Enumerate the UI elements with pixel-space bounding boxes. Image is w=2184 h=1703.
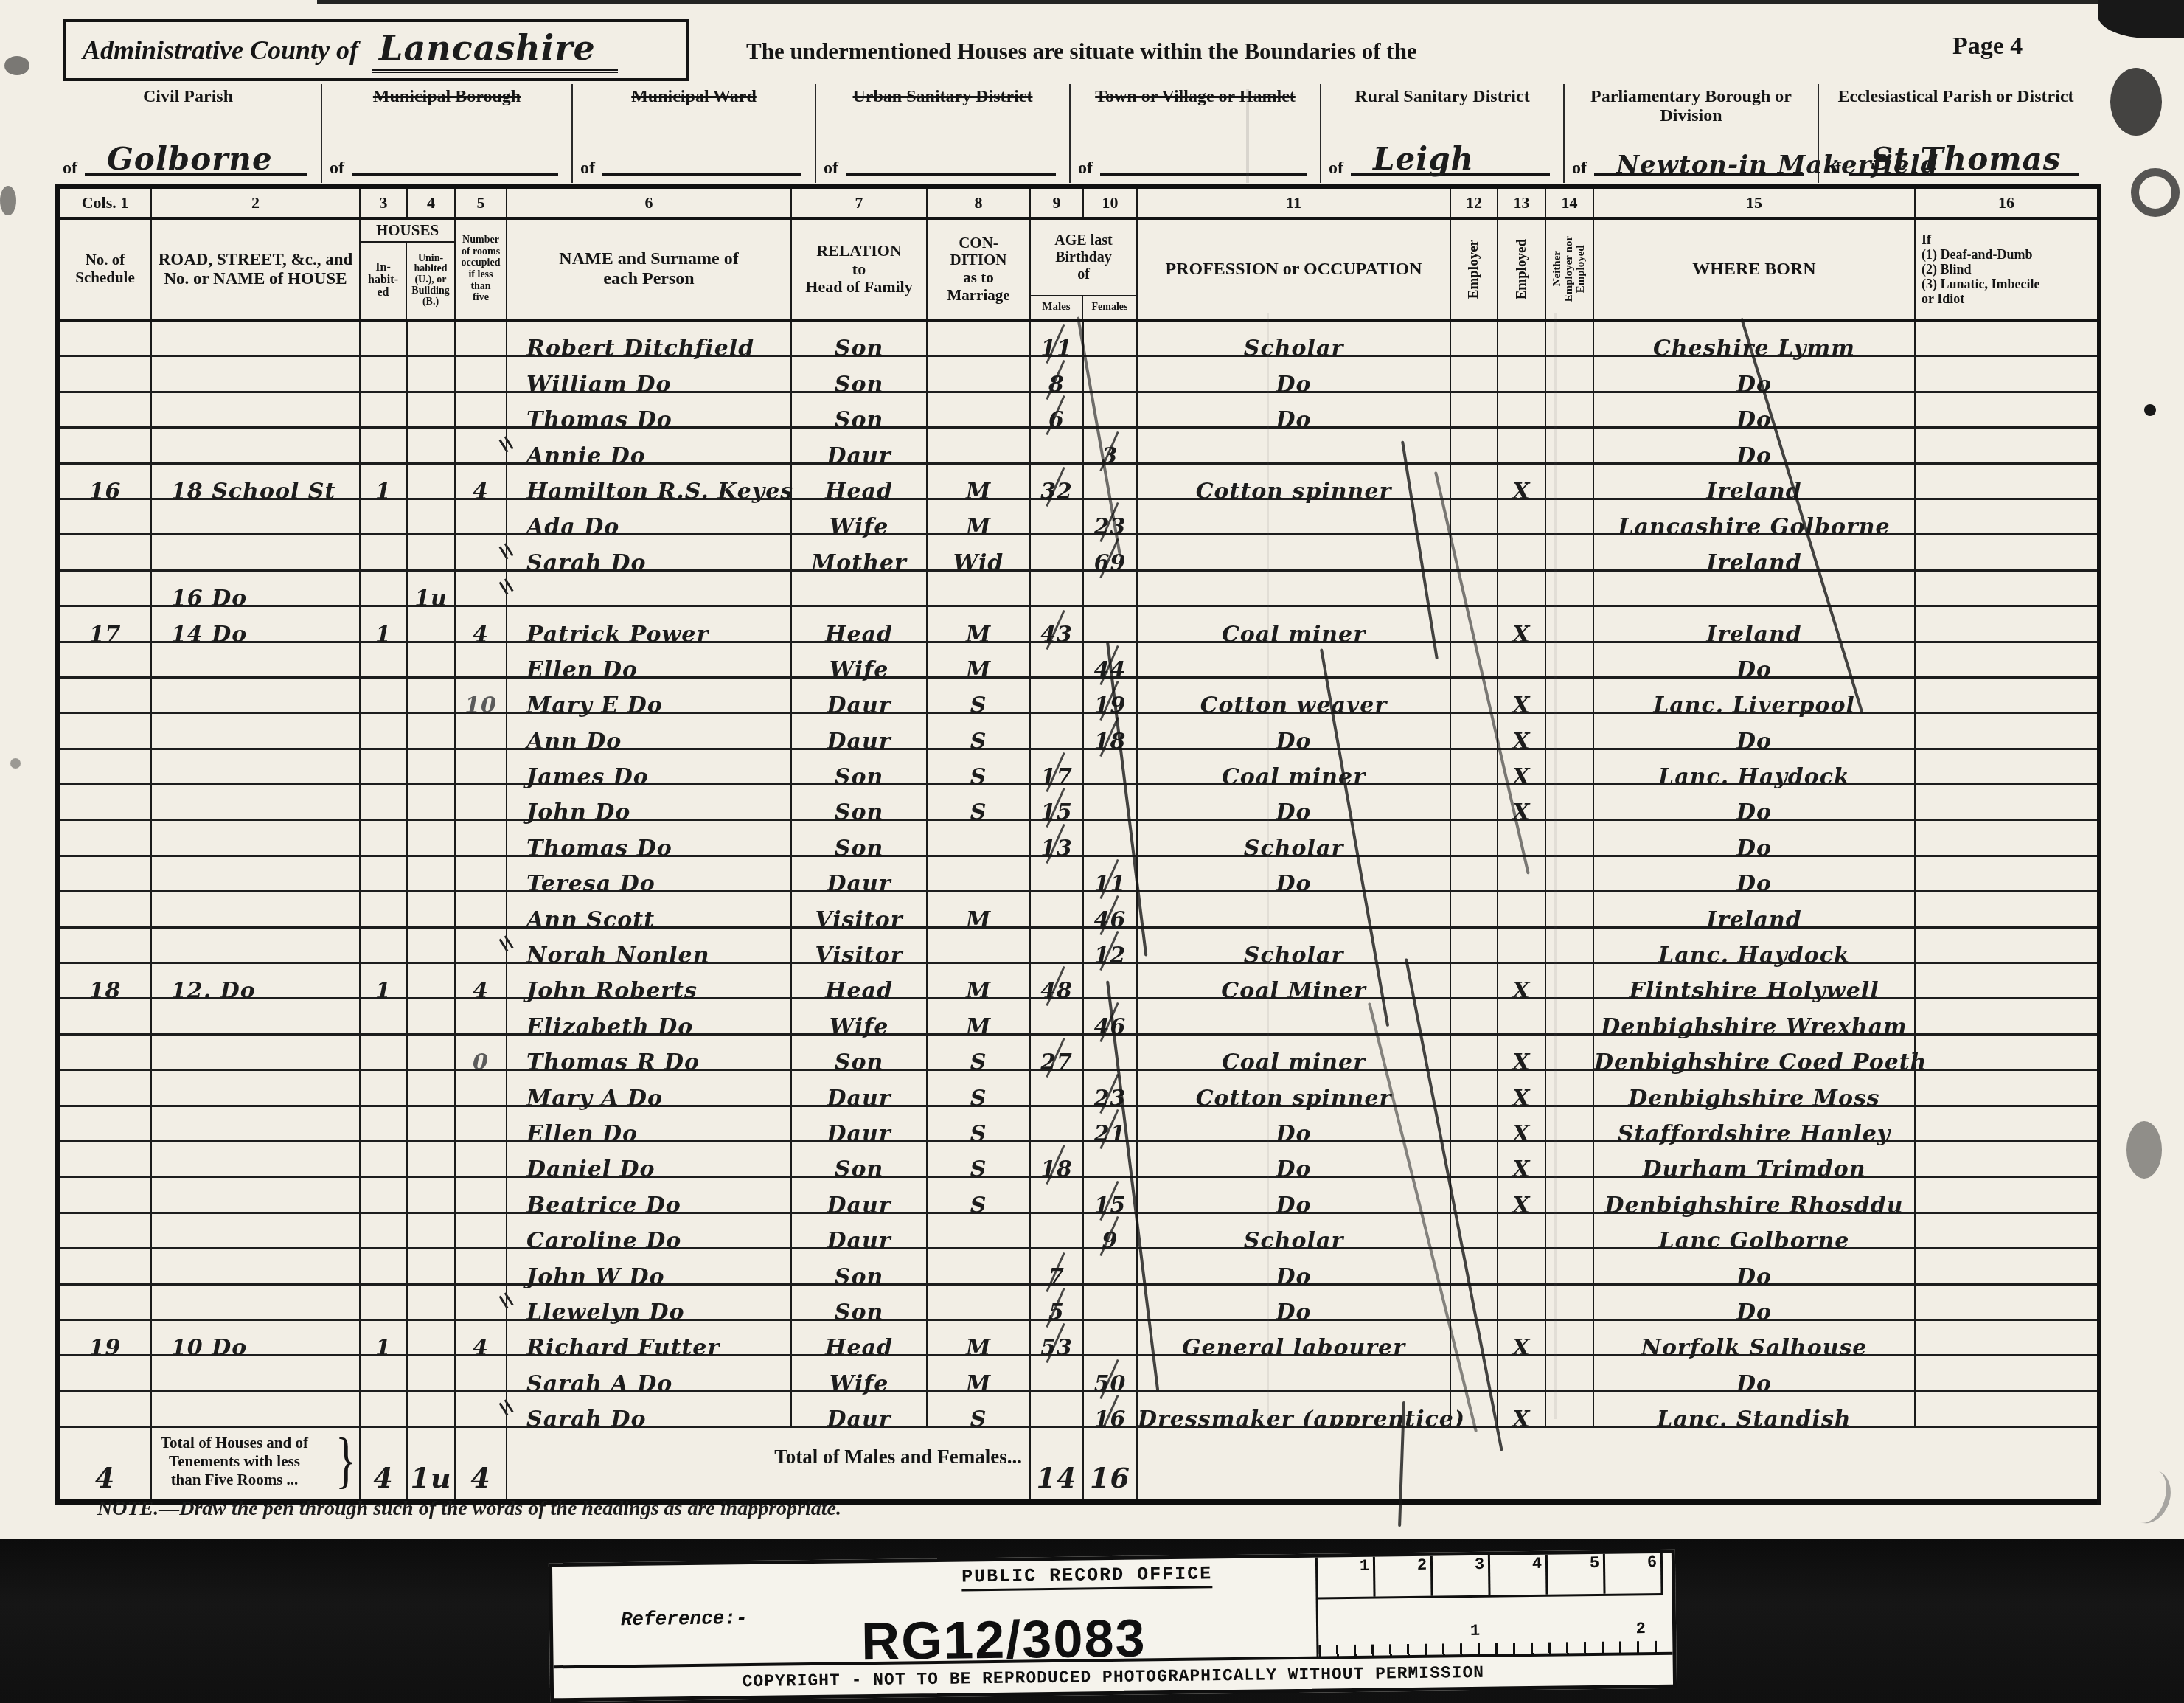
cell-x: X [1498, 1071, 1546, 1104]
cell-un [408, 322, 456, 355]
cell-inh [361, 1071, 408, 1104]
cell-rm [456, 322, 507, 355]
cell-c16 [1916, 1178, 2097, 1211]
cell-occ [1138, 535, 1451, 569]
cell-inh [361, 929, 408, 962]
cell-road [152, 1214, 361, 1247]
cell-occ [1138, 1356, 1451, 1390]
header-occupation: PROFESSION or OCCUPATION [1138, 220, 1451, 319]
cell-m [1031, 429, 1084, 462]
hw-rel: Daur [792, 1407, 926, 1428]
cell-m [1031, 857, 1084, 890]
cell-inh: 1 [361, 964, 408, 997]
header-infirmities: If (1) Deaf-and-Dumb (2) Blind (3) Lunat… [1916, 220, 2097, 319]
cell-c16 [1916, 357, 2097, 390]
cell-un [408, 643, 456, 676]
district-cell-ecclesiastical: Ecclesiastical Parish or District of St … [1819, 84, 2093, 183]
district-cell-civil-parish: Civil Parish of Golborne [55, 84, 322, 183]
cell-sched [60, 1178, 152, 1211]
cell-c16 [1916, 1214, 2097, 1247]
of-prefix: of [1572, 159, 1587, 178]
cell-born: Denbighshire Coed Poeth [1594, 1036, 1916, 1069]
cell-f [1084, 1249, 1138, 1283]
cell-rm [456, 1178, 507, 1211]
column-headers-row: No. of Schedule ROAD, STREET, &c., and N… [60, 220, 2097, 322]
cell-c14 [1546, 1321, 1594, 1354]
cell-f [1084, 1036, 1138, 1069]
cell-c16 [1916, 393, 2097, 426]
cell-name: Hamilton R.S. Keyes [507, 465, 792, 498]
cell-x [1498, 1286, 1546, 1319]
hw-total-rooms: 4 [456, 1461, 506, 1494]
district-label: Municipal Ward [573, 87, 815, 106]
cell-x [1498, 1356, 1546, 1390]
cell-road: 10 Do [152, 1321, 361, 1354]
cell-m: 17 [1031, 750, 1084, 783]
col-number: 3 [361, 189, 408, 217]
cell-name: John W Do [507, 1249, 792, 1283]
cell-born: Do [1594, 1356, 1916, 1390]
header-males: Males [1031, 296, 1083, 319]
cell-occ: Scholar [1138, 821, 1451, 854]
cell-rel: Wife [792, 643, 928, 676]
cell-occ: Scholar [1138, 322, 1451, 355]
cell-c14 [1546, 1356, 1594, 1390]
header-neither-text: Neither Employer nor Employed [1552, 236, 1587, 302]
cell-x: X [1498, 1178, 1546, 1211]
col-number: 2 [152, 189, 361, 217]
ink-smudge [2098, 0, 2184, 38]
cell-rm [456, 1214, 507, 1247]
cell-cond [928, 357, 1031, 390]
cell-inh [361, 1178, 408, 1211]
district-label: Town or Village or Hamlet [1071, 87, 1320, 106]
cell-c12 [1451, 785, 1498, 819]
cell-c14 [1546, 892, 1594, 926]
table-row: Teresa DoDaur11DoDo [60, 857, 2097, 892]
ink-speck [2144, 404, 2156, 416]
total-females-cell: 16 [1084, 1428, 1138, 1499]
cell-road [152, 750, 361, 783]
cell-x [1498, 429, 1546, 462]
district-label: Municipal Borough [322, 87, 571, 106]
hw-total-males: 14 [1031, 1461, 1082, 1494]
cell-rel: Head [792, 1321, 928, 1354]
cell-rel: Son [792, 1286, 928, 1319]
cell-x [1498, 500, 1546, 533]
cell-c14 [1546, 500, 1594, 533]
cell-c12 [1451, 357, 1498, 390]
cell-sched [60, 999, 152, 1033]
column-numbers-row: Cols. 1 2 3 4 5 6 7 8 9 10 11 12 13 14 1… [60, 189, 2097, 220]
cell-road [152, 643, 361, 676]
cell-f [1084, 607, 1138, 640]
cell-un [408, 1214, 456, 1247]
cell-c16 [1916, 785, 2097, 819]
cell-m: 27 [1031, 1036, 1084, 1069]
cell-c16 [1916, 999, 2097, 1033]
cell-c16 [1916, 1107, 2097, 1140]
cell-occ: Coal Miner [1138, 964, 1451, 997]
cell-sched [60, 357, 152, 390]
table-row: 1812. Do14John RobertsHeadM48Coal MinerX… [60, 964, 2097, 999]
table-row: 1714 Do14Patrick PowerHeadM43Coal minerX… [60, 607, 2097, 642]
cell-sched [60, 429, 152, 462]
cell-c16 [1916, 1036, 2097, 1069]
cell-sched [60, 857, 152, 890]
cell-un [408, 821, 456, 854]
hw-total-females: 16 [1084, 1461, 1136, 1494]
col-number: 13 [1498, 189, 1546, 217]
cell-c12 [1451, 821, 1498, 854]
cell-road [152, 785, 361, 819]
cell-road: 16 Do [152, 572, 361, 605]
cell-rel: Son [792, 785, 928, 819]
cell-occ [1138, 892, 1451, 926]
cell-sched: 16 [60, 465, 152, 498]
cell-un [408, 535, 456, 569]
cell-c12 [1451, 465, 1498, 498]
cell-occ [1138, 643, 1451, 676]
cell-born: Lanc. Haydock [1594, 929, 1916, 962]
cell-x: X [1498, 1321, 1546, 1354]
cell-f [1084, 465, 1138, 498]
cell-occ [1138, 999, 1451, 1033]
cell-born: Ireland [1594, 607, 1916, 640]
cell-sched [60, 929, 152, 962]
header-houses: HOUSES [361, 220, 454, 243]
cell-c14 [1546, 999, 1594, 1033]
cell-sched [60, 643, 152, 676]
header-employer: Employer [1451, 220, 1498, 319]
district-value: St Thomas [1871, 141, 2061, 177]
hw-total-inhabited: 4 [361, 1461, 406, 1494]
cell-rm [456, 393, 507, 426]
table-row: Sarah Do=MotherWid69Ireland [60, 535, 2097, 571]
cell-c12 [1451, 1321, 1498, 1354]
bleed-through-line [1554, 313, 1557, 1419]
fill-in-line [602, 173, 801, 176]
table-row: Elizabeth DoWifeM46Denbighshire Wrexham [60, 999, 2097, 1035]
cell-born: Do [1594, 393, 1916, 426]
cell-sched [60, 1107, 152, 1140]
cell-name: Mary E Do [507, 679, 792, 712]
cell-f [1084, 750, 1138, 783]
ruler-bottom-scale: 12 [1318, 1595, 1664, 1659]
cell-rm: 0 [456, 1036, 507, 1069]
table-row: Ann ScottVisitorM46Ireland [60, 892, 2097, 928]
cell-sched [60, 535, 152, 569]
district-value: Golborne [107, 141, 273, 177]
cell-cond: M [928, 643, 1031, 676]
cell-name: Ellen Do [507, 643, 792, 676]
header-road: ROAD, STREET, &c., and No. or NAME of HO… [152, 220, 361, 319]
ruler-number: 4 [1490, 1555, 1548, 1595]
total-empty-cell [1138, 1428, 2097, 1499]
cell-c16 [1916, 1356, 2097, 1390]
cell-x [1498, 929, 1546, 962]
cell-born: Denbighshire Wrexham [1594, 999, 1916, 1033]
cell-name: Norah Nonlen= [507, 929, 792, 962]
ruler-number: 2 [1375, 1556, 1433, 1597]
cell-c14 [1546, 785, 1594, 819]
cell-c14 [1546, 964, 1594, 997]
cell-rm [456, 1107, 507, 1140]
table-row: Llewelyn Do=Son5DoDo [60, 1286, 2097, 1321]
cell-inh [361, 643, 408, 676]
cell-sched [60, 322, 152, 355]
cell-m: 53 [1031, 1321, 1084, 1354]
cell-c14 [1546, 1286, 1594, 1319]
cell-born: Ireland [1594, 465, 1916, 498]
cell-cond: S [928, 679, 1031, 712]
col-number: 7 [792, 189, 928, 217]
cell-x: X [1498, 714, 1546, 747]
cell-c14 [1546, 322, 1594, 355]
district-value: Leigh [1373, 141, 1474, 177]
header-inhabited: In- habit- ed [361, 243, 407, 319]
ruler-number: 1 [1318, 1557, 1376, 1598]
header-houses-group: HOUSES In- habit- ed Unin- habited (U.),… [361, 220, 456, 319]
cell-c16 [1916, 500, 2097, 533]
cell-m: 43 [1031, 607, 1084, 640]
cell-m [1031, 1356, 1084, 1390]
table-row: Thomas DoSon6DoDo [60, 393, 2097, 429]
district-label: Rural Sanitary District [1321, 87, 1563, 106]
cell-rel: Son [792, 1142, 928, 1176]
ink-smudge [2110, 68, 2162, 136]
cell-cond [928, 393, 1031, 426]
cell-road [152, 929, 361, 962]
cell-m: 6 [1031, 393, 1084, 426]
cell-cond: S [928, 1036, 1031, 1069]
cell-inh [361, 357, 408, 390]
cell-name: Sarah A Do [507, 1356, 792, 1390]
cell-sched [60, 1142, 152, 1176]
cell-occ: Do [1138, 357, 1451, 390]
stamp-office-title: PUBLIC RECORD OFFICE [961, 1563, 1212, 1591]
col-number: 11 [1138, 189, 1451, 217]
cell-road: 12. Do [152, 964, 361, 997]
district-cell-parliamentary: Parliamentary Borough or Division of New… [1565, 84, 1819, 183]
cell-cond [928, 322, 1031, 355]
cell-inh [361, 1286, 408, 1319]
table-row: Sarah A DoWifeM50Do [60, 1356, 2097, 1392]
cell-born: Cheshire Lymm [1594, 322, 1916, 355]
cell-x [1498, 999, 1546, 1033]
cell-m [1031, 999, 1084, 1033]
cell-c14 [1546, 1036, 1594, 1069]
cell-occ: Do [1138, 714, 1451, 747]
cell-c16 [1916, 964, 2097, 997]
boundaries-text: The undermentioned Houses are situate wi… [746, 38, 1417, 65]
cell-inh [361, 1356, 408, 1390]
cell-name: Llewelyn Do= [507, 1286, 792, 1319]
cell-m [1031, 714, 1084, 747]
fill-in-line [846, 173, 1056, 176]
cell-c16 [1916, 1392, 2097, 1426]
table-row: Beatrice DoDaurS15DoXDenbighshire Rhosdd… [60, 1178, 2097, 1213]
cell-m: 13 [1031, 821, 1084, 854]
cell-born: Staffordshire Hanley [1594, 1107, 1916, 1140]
cell-un [408, 465, 456, 498]
cell-rel: Son [792, 1249, 928, 1283]
cell-f [1084, 322, 1138, 355]
cell-occ: Do [1138, 1178, 1451, 1211]
cell-m [1031, 929, 1084, 962]
public-record-office-stamp: PUBLIC RECORD OFFICE Reference:- RG12/30… [549, 1550, 1677, 1702]
cell-rel: Daur [792, 1178, 928, 1211]
table-row: Sarah Do=DaurS16Dressmaker (apprentice)X… [60, 1392, 2097, 1428]
of-prefix: of [1329, 159, 1343, 178]
ruler-top-scale: 123456 [1318, 1553, 1663, 1600]
cell-un [408, 1036, 456, 1069]
cell-c12 [1451, 1249, 1498, 1283]
cell-c12 [1451, 750, 1498, 783]
cell-inh [361, 714, 408, 747]
cell-rm [456, 643, 507, 676]
cell-occ: Cotton weaver [1138, 679, 1451, 712]
cell-x [1498, 393, 1546, 426]
cell-road [152, 357, 361, 390]
cell-born [1594, 572, 1916, 605]
cell-inh [361, 1249, 408, 1283]
cell-c16 [1916, 643, 2097, 676]
col-number: 8 [928, 189, 1031, 217]
cell-rel: Daur [792, 429, 928, 462]
cell-f [1084, 357, 1138, 390]
cell-c16 [1916, 892, 2097, 926]
cell-name: Patrick Power [507, 607, 792, 640]
cell-m [1031, 643, 1084, 676]
cell-sched: 18 [60, 964, 152, 997]
cell-name: Beatrice Do [507, 1178, 792, 1211]
cell-c14 [1546, 929, 1594, 962]
cell-c14 [1546, 357, 1594, 390]
cell-road [152, 1392, 361, 1426]
cell-inh [361, 1036, 408, 1069]
cell-c16 [1916, 1249, 2097, 1283]
table-row: 0Thomas R DoSonS27Coal minerXDenbighshir… [60, 1036, 2097, 1071]
cell-m [1031, 535, 1084, 569]
cell-c14 [1546, 393, 1594, 426]
cell-un [408, 857, 456, 890]
footnote: NOTE.—Draw the pen through such of the w… [97, 1497, 841, 1521]
cell-f: 23 [1084, 1071, 1138, 1104]
cell-c14 [1546, 1249, 1594, 1283]
cell-c14 [1546, 1214, 1594, 1247]
cell-rel: Son [792, 821, 928, 854]
cell-c16 [1916, 714, 2097, 747]
total-uninhabited-cell: 1u [408, 1428, 456, 1499]
cell-name: Elizabeth Do [507, 999, 792, 1033]
cell-cond: S [928, 1142, 1031, 1176]
cell-rm [456, 1249, 507, 1283]
table-row: Ellen DoDaurS21DoXStaffordshire Hanley [60, 1107, 2097, 1142]
cell-rel: Son [792, 1036, 928, 1069]
cell-name: Richard Futter [507, 1321, 792, 1354]
pencil-curl [2121, 1464, 2177, 1529]
cell-born: Denbighshire Moss [1594, 1071, 1916, 1104]
cell-cond: M [928, 1356, 1031, 1390]
header-employed: Employed [1498, 220, 1546, 319]
cell-sched [60, 1249, 152, 1283]
cell-inh [361, 1142, 408, 1176]
cell-rm [456, 750, 507, 783]
cell-sched [60, 500, 152, 533]
header-employed-text: Employed [1514, 239, 1529, 299]
cell-born: Norfolk Salhouse [1594, 1321, 1916, 1354]
ruler-number: 3 [1433, 1555, 1491, 1596]
cell-road [152, 1178, 361, 1211]
cell-c12 [1451, 322, 1498, 355]
cell-road [152, 1071, 361, 1104]
cell-un [408, 964, 456, 997]
cell-born: Ireland [1594, 892, 1916, 926]
cell-sched [60, 821, 152, 854]
cell-c16 [1916, 429, 2097, 462]
cell-name: Ada Do [507, 500, 792, 533]
cell-x: X [1498, 1036, 1546, 1069]
cell-x [1498, 1214, 1546, 1247]
table-row: John DoSonS15DoXDo [60, 785, 2097, 821]
cell-m [1031, 1392, 1084, 1426]
cell-inh [361, 429, 408, 462]
cell-cond: S [928, 1178, 1031, 1211]
cell-un: 1u [408, 572, 456, 605]
cell-un [408, 1107, 456, 1140]
cell-occ: Cotton spinner [1138, 1071, 1451, 1104]
cell-rm [456, 1142, 507, 1176]
cell-un [408, 1178, 456, 1211]
cell-sched [60, 785, 152, 819]
cell-rm [456, 1071, 507, 1104]
stamp-reference-label: Reference:- [621, 1607, 748, 1631]
cell-c16 [1916, 465, 2097, 498]
cell-name: James Do [507, 750, 792, 783]
cell-c14 [1546, 1107, 1594, 1140]
cell-rm [456, 357, 507, 390]
of-prefix: of [1078, 159, 1093, 178]
hw-cond: S [928, 1407, 1029, 1428]
cell-born: Do [1594, 714, 1916, 747]
district-header-band: Civil Parish of Golborne Municipal Borou… [55, 84, 2093, 183]
fill-in-line [352, 173, 558, 176]
table-row: Norah Nonlen=Visitor12ScholarLanc. Haydo… [60, 929, 2097, 964]
cell-un [408, 750, 456, 783]
cell-un [408, 714, 456, 747]
cell-sched [60, 750, 152, 783]
cell-name: Robert Ditchfield [507, 322, 792, 355]
cell-cond: M [928, 465, 1031, 498]
district-cell-urban-sanitary: Urban Sanitary District of [816, 84, 1071, 183]
cell-rm [456, 714, 507, 747]
cell-m: 7 [1031, 1249, 1084, 1283]
cell-road [152, 429, 361, 462]
table-row: Daniel DoSonS18DoXDurham Trimdon [60, 1142, 2097, 1178]
cell-rel: Wife [792, 500, 928, 533]
table-row: John W DoSon7DoDo [60, 1249, 2097, 1285]
cell-un [408, 1392, 456, 1426]
cell-x: X [1498, 785, 1546, 819]
cell-un [408, 1321, 456, 1354]
cell-inh: 1 [361, 607, 408, 640]
cell-c16 [1916, 750, 2097, 783]
table-row: Ada DoWifeM23Lancashire Golborne [60, 500, 2097, 535]
cell-born: Do [1594, 429, 1916, 462]
cell-cond [928, 1214, 1031, 1247]
scan-dark-band: PUBLIC RECORD OFFICE Reference:- RG12/30… [0, 1539, 2184, 1703]
